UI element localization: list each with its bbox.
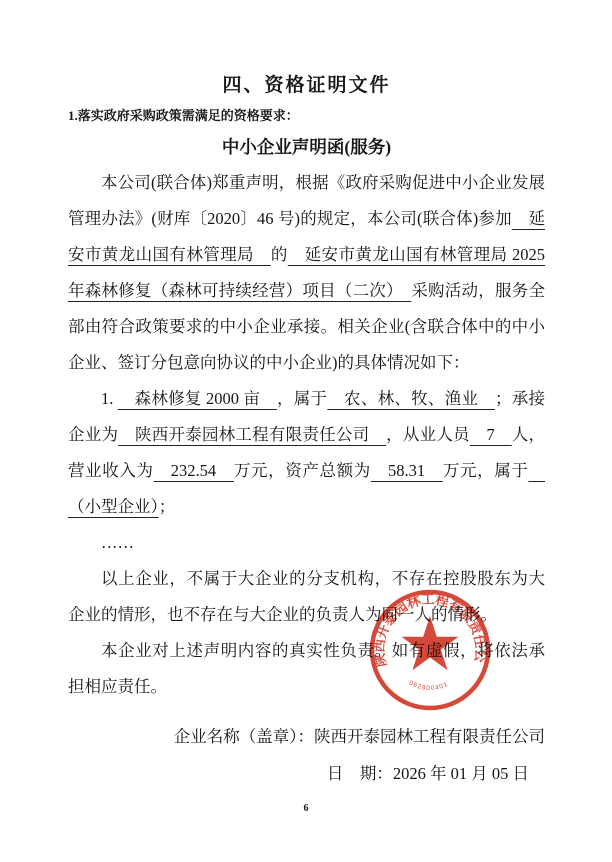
page-title: 四、资格证明文件 bbox=[68, 75, 545, 97]
paragraph-text: ，从业人员 bbox=[386, 425, 470, 444]
document-page: 四、资格证明文件 1.落实政府采购政策需满足的资格要求： 中小企业声明函(服务)… bbox=[0, 0, 612, 862]
date-line: 日 期：2026 年 01 月 05 日 bbox=[68, 755, 545, 792]
fill-in-value: 森林修复 2000 亩 bbox=[118, 389, 277, 408]
paragraph-text: 的 bbox=[271, 245, 288, 264]
page-number: 6 bbox=[0, 803, 612, 815]
paragraph: 本企业对上述声明内容的真实性负责。如有虚假，将依法承担相应责任。 bbox=[68, 633, 545, 705]
declaration-body: 本公司(联合体)郑重声明，根据《政府采购促进中小企业发展管理办法》(财库〔202… bbox=[68, 165, 545, 705]
paragraph: 本公司(联合体)郑重声明，根据《政府采购促进中小企业发展管理办法》(财库〔202… bbox=[68, 165, 545, 381]
paragraph: 以上企业，不属于大企业的分支机构，不存在控股股东为大企业的情形，也不存在与大企业… bbox=[68, 561, 545, 633]
paragraph: 1. 森林修复 2000 亩 ，属于 农、林、牧、渔业 ；承接企业为 陕西开泰园… bbox=[68, 381, 545, 525]
requirement-note: 1.落实政府采购政策需满足的资格要求： bbox=[68, 108, 545, 124]
paragraph-text: 以上企业，不属于大企业的分支机构，不存在控股股东为大企业的情形，也不存在与大企业… bbox=[68, 569, 545, 624]
fill-in-value: 58.31 bbox=[371, 461, 443, 480]
paragraph-text: 万元，资产总额为 bbox=[234, 461, 371, 480]
signature-block: 企业名称（盖章）：陕西开泰园林工程有限责任公司 日 期：2026 年 01 月 … bbox=[68, 718, 545, 792]
paragraph-text: 本公司(联合体)郑重声明，根据《政府采购促进中小企业发展管理办法》(财库〔202… bbox=[68, 173, 545, 228]
company-name-line: 企业名称（盖章）：陕西开泰园林工程有限责任公司 bbox=[68, 718, 545, 755]
paragraph-text: 本企业对上述声明内容的真实性负责。如有虚假，将依法承担相应责任。 bbox=[68, 641, 545, 696]
paragraph-text: ，属于 bbox=[277, 389, 327, 408]
paragraph-text: 万元，属于 bbox=[443, 461, 529, 480]
paragraph: …… bbox=[68, 525, 545, 561]
declaration-title: 中小企业声明函(服务) bbox=[68, 137, 545, 158]
fill-in-value: 陕西开泰园林工程有限责任公司 bbox=[118, 425, 386, 444]
fill-in-value: 农、林、牧、渔业 bbox=[327, 389, 495, 408]
paragraph-text: ； bbox=[159, 497, 176, 516]
paragraph-text: 1. bbox=[101, 389, 118, 408]
fill-in-value: 7 bbox=[470, 425, 512, 444]
paragraph-text: …… bbox=[101, 533, 134, 552]
fill-in-value: 232.54 bbox=[154, 461, 234, 480]
